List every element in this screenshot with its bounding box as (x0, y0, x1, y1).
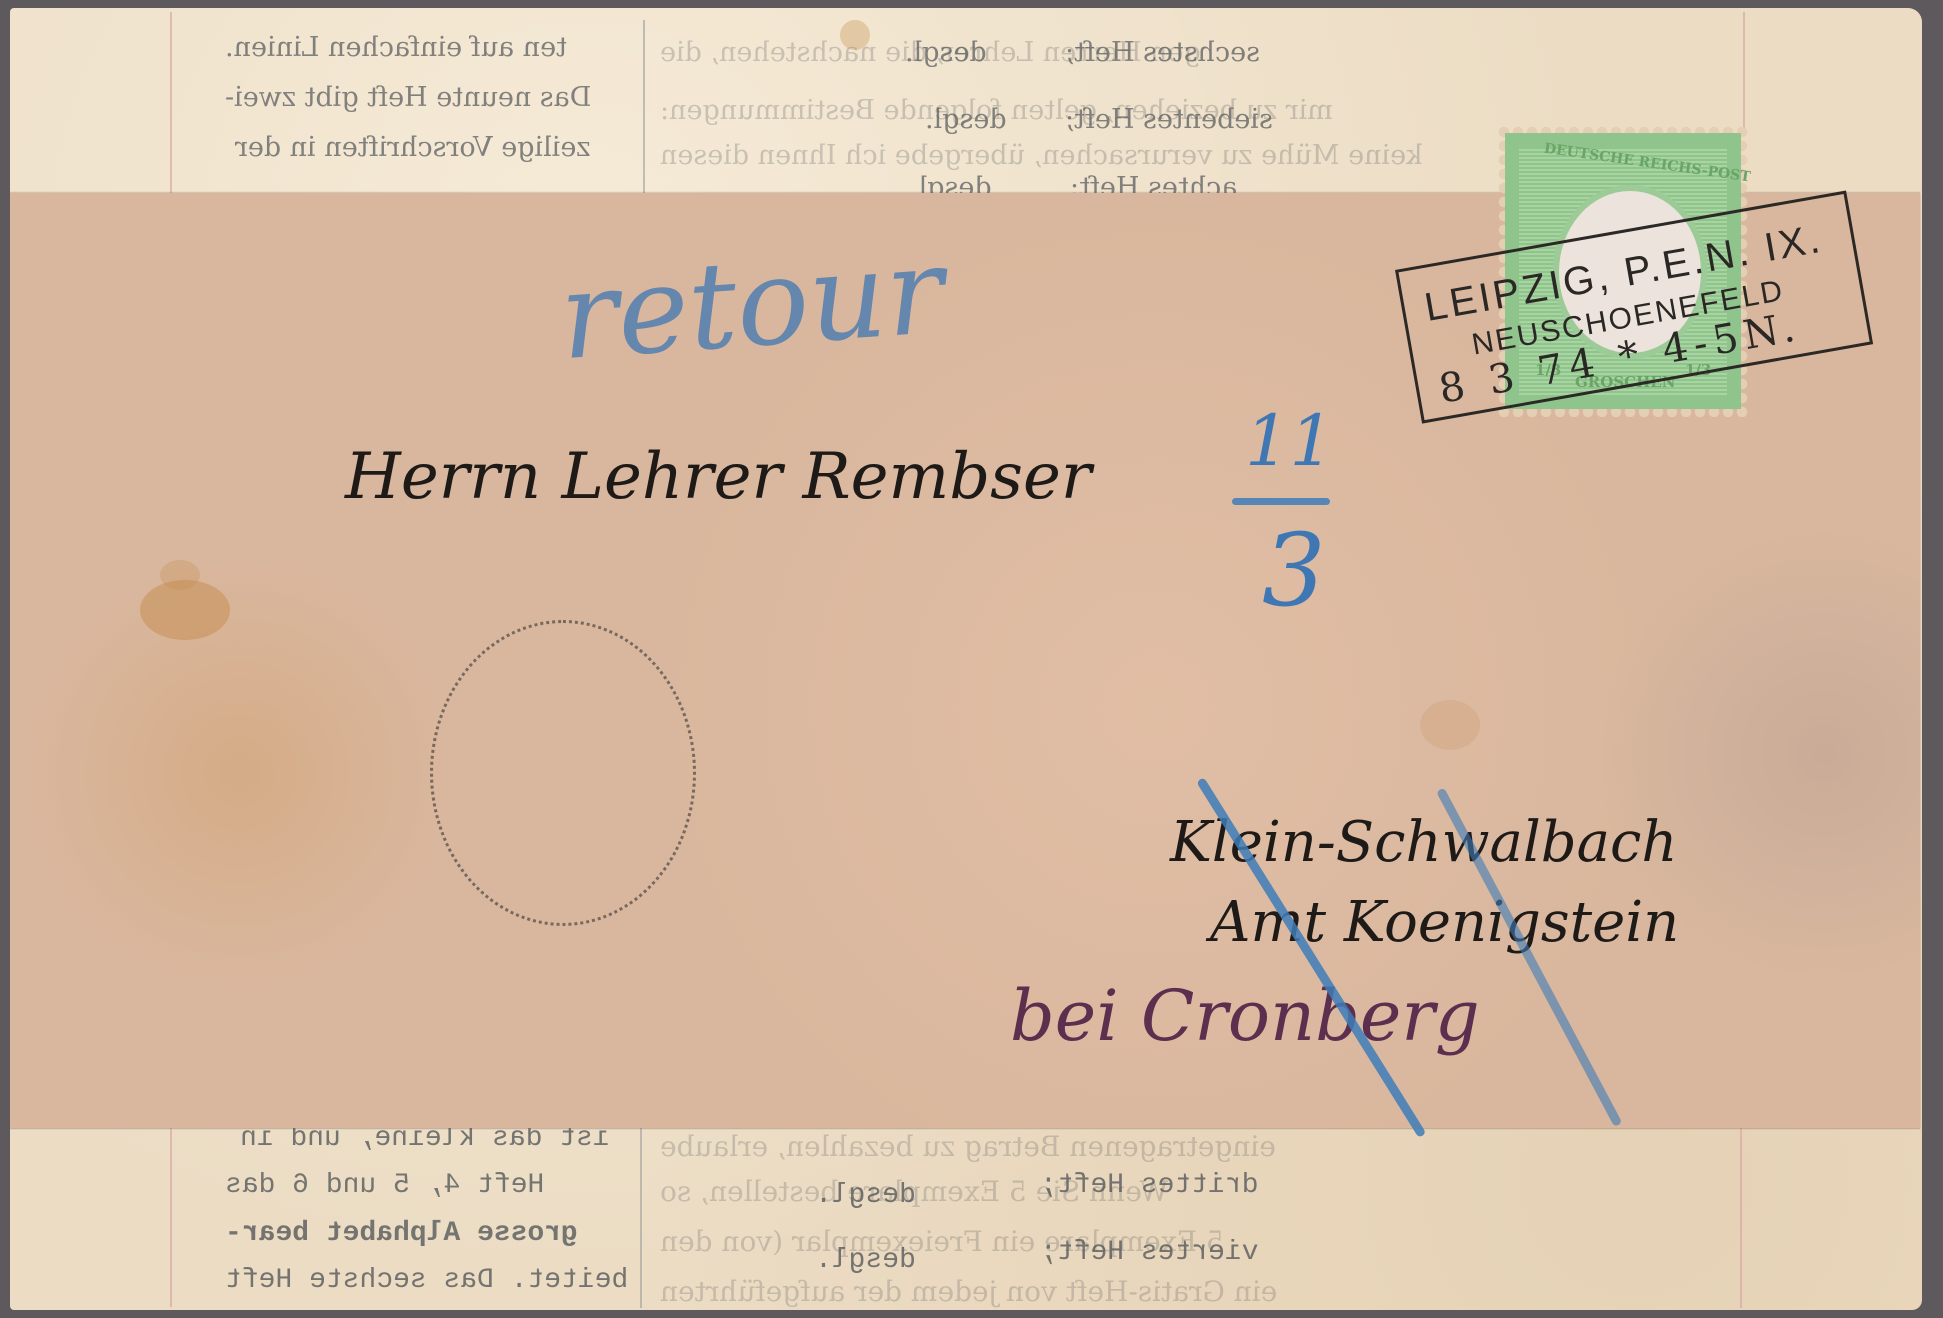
margin-rule-right (1743, 12, 1745, 132)
foxing-spot (840, 20, 870, 50)
fraction-bar (1232, 498, 1330, 505)
foxing-spot (1420, 700, 1480, 750)
foxing-spot (160, 560, 200, 590)
address-place: Klein-Schwalbach (1170, 810, 1677, 875)
fraction-denominator: 3 (1262, 512, 1326, 629)
column-rule-bottom (640, 1128, 642, 1308)
margin-rule-right-bottom (1740, 1128, 1742, 1308)
faint-postmark (430, 620, 696, 926)
address-redirect: bei Cronberg (1010, 975, 1480, 1057)
retour-annotation: retour (556, 222, 948, 387)
address-recipient: Herrn Lehrer Rembser (345, 440, 1091, 514)
column-rule-top (643, 20, 645, 195)
fraction-numerator: 11 (1245, 400, 1334, 482)
